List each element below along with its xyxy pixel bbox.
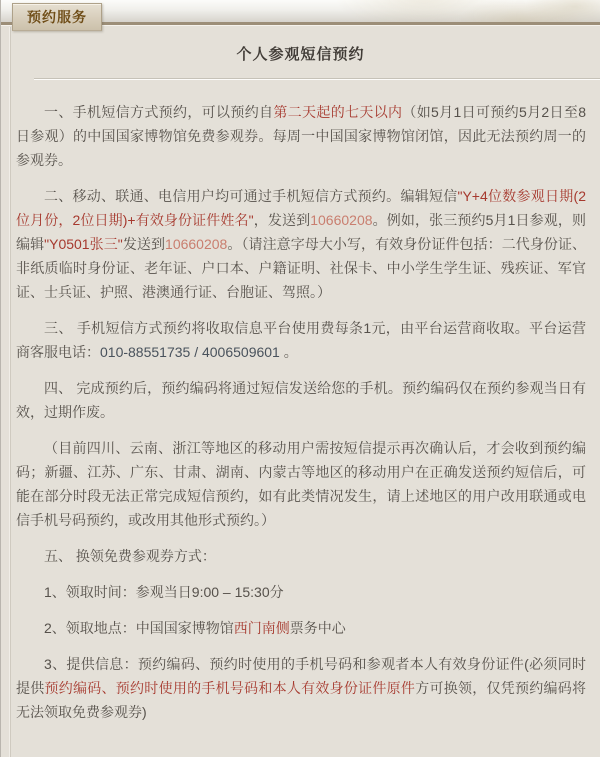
text-segment-salmon: 10660208: [310, 212, 372, 228]
text-segment-normal: 四、 完成预约后，预约编码将通过短信发送给您的手机。预约编码仅在预约参观当日有效…: [16, 380, 586, 420]
title-divider: [34, 78, 600, 80]
paragraph: 1、领取时间：参观当日9:00 – 15:30分: [16, 580, 586, 604]
text-segment-normal: 一、手机短信方式预约，可以预约自: [44, 104, 273, 120]
text-segment-normal: 票务中心: [290, 620, 346, 636]
text-segment-red: 西门南侧: [234, 620, 290, 636]
text-segment-normal: 2、领取地点：中国国家博物馆: [44, 620, 234, 636]
text-segment-salmon: 10660208: [165, 236, 227, 252]
text-segment-normal: 发送到: [123, 236, 165, 252]
paragraph: 二、移动、联通、电信用户均可通过手机短信方式预约。编辑短信"Y+4位数参观日期(…: [16, 184, 586, 304]
paragraph: 五、 换领免费参观券方式：: [16, 544, 586, 568]
page: 预约服务 个人参观短信预约 一、手机短信方式预约，可以预约自第二天起的七天以内（…: [0, 0, 600, 757]
paragraph: 3、提供信息：预约编码、预约时使用的手机号码和参观者本人有效身份证件(必须同时提…: [16, 652, 586, 724]
text-segment-normal: 。: [280, 344, 298, 360]
text-segment-normal: ，发送到: [254, 212, 311, 228]
paragraph-list: 一、手机短信方式预约，可以预约自第二天起的七天以内（如5月1日可预约5月2日至8…: [1, 100, 600, 724]
content-area: 个人参观短信预约 一、手机短信方式预约，可以预约自第二天起的七天以内（如5月1日…: [1, 27, 600, 757]
paragraph: 一、手机短信方式预约，可以预约自第二天起的七天以内（如5月1日可预约5月2日至8…: [16, 100, 586, 172]
header-decoration: [280, 0, 600, 22]
text-segment-normal: 二、移动、联通、电信用户均可通过手机短信方式预约。编辑短信: [44, 188, 457, 204]
paragraph: 2、领取地点：中国国家博物馆西门南侧票务中心: [16, 616, 586, 640]
text-segment-normal: （目前四川、云南、浙江等地区的移动用户需按短信提示再次确认后，才会收到预约编码；…: [16, 440, 586, 528]
paragraph: （目前四川、云南、浙江等地区的移动用户需按短信提示再次确认后，才会收到预约编码；…: [16, 436, 586, 532]
text-segment-normal: 五、 换领免费参观券方式：: [44, 548, 216, 564]
left-groove-line: [9, 27, 11, 757]
text-segment-red: 预约编码、预约时使用的手机号码和本人有效身份证件原件: [45, 680, 416, 696]
paragraph: 四、 完成预约后，预约编码将通过短信发送给您的手机。预约编码仅在预约参观当日有效…: [16, 376, 586, 424]
tab-reservation-service[interactable]: 预约服务: [12, 3, 102, 31]
tab-reservation-service-label: 预约服务: [27, 7, 87, 27]
text-segment-red: 第二天起的七天以内: [273, 104, 402, 120]
text-segment-phone: 010-88551735 / 4006509601: [100, 344, 280, 360]
page-title: 个人参观短信预约: [1, 45, 600, 65]
text-segment-normal: 1、领取时间：参观当日9:00 – 15:30分: [44, 584, 284, 600]
text-segment-red: "Y0501张三": [44, 236, 123, 252]
paragraph: 三、 手机短信方式预约将收取信息平台使用费每条1元，由平台运营商收取。平台运营商…: [16, 316, 586, 364]
